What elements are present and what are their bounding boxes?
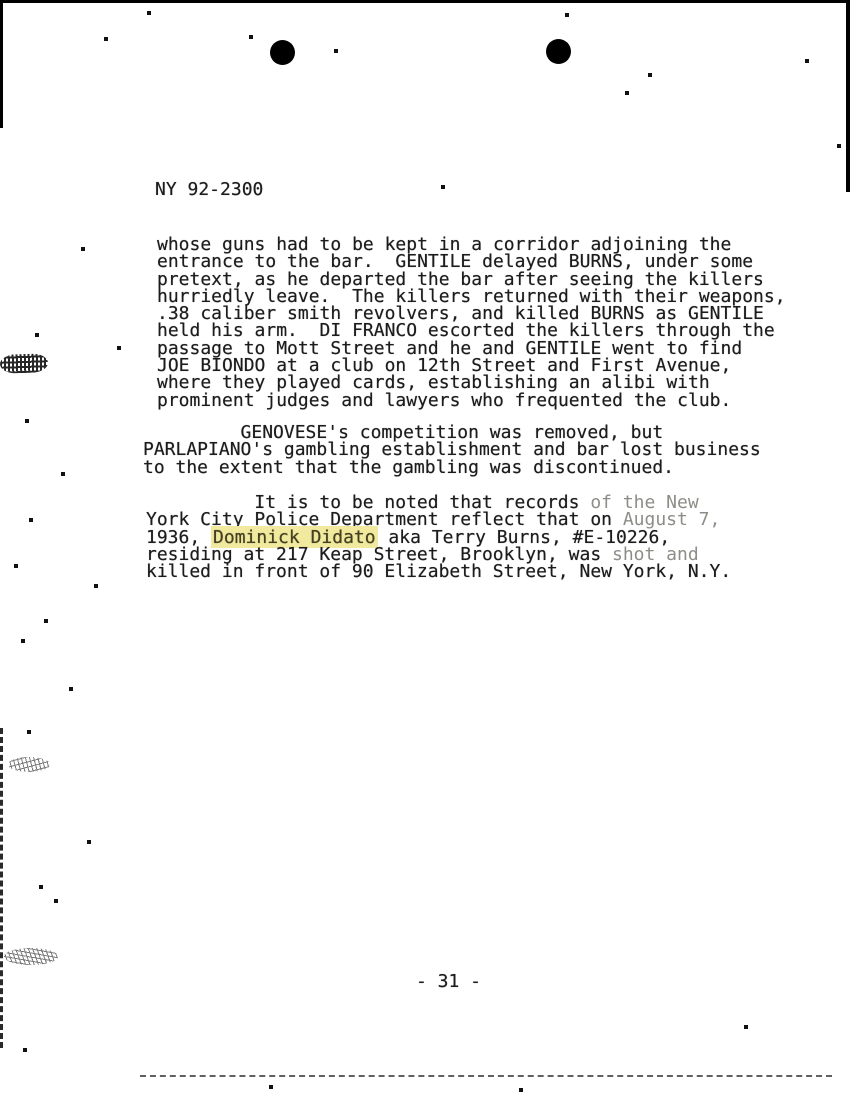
scan-edge-top [0, 0, 850, 3]
scan-noise-specks [0, 0, 2, 2]
paragraph-police-records: It is to be noted that records of the Ne… [146, 494, 731, 580]
scan-edge-left [0, 0, 3, 128]
ink-smudge-left [0, 353, 48, 374]
hole-punch-right-icon [546, 39, 571, 64]
ink-smudge-middle [8, 757, 50, 772]
page-number: - 31 - [416, 973, 481, 990]
document-id: NY 92-2300 [155, 181, 263, 198]
ink-smudge-lower [4, 948, 58, 965]
scanned-document-page: NY 92-2300 whose guns had to be kept in … [0, 0, 850, 1100]
para3-text-5: killed in front of 90 Elizabeth Street, … [146, 561, 731, 582]
scan-edge-right [846, 0, 850, 192]
paragraph-genovese-competition: GENOVESE's competition was removed, but … [143, 424, 761, 476]
scan-artifact-dotted-line [140, 1075, 832, 1077]
scan-edge-left-dashed [0, 728, 3, 1048]
hole-punch-left-icon [270, 40, 295, 65]
paragraph-burns-killing: whose guns had to be kept in a corridor … [157, 236, 786, 409]
